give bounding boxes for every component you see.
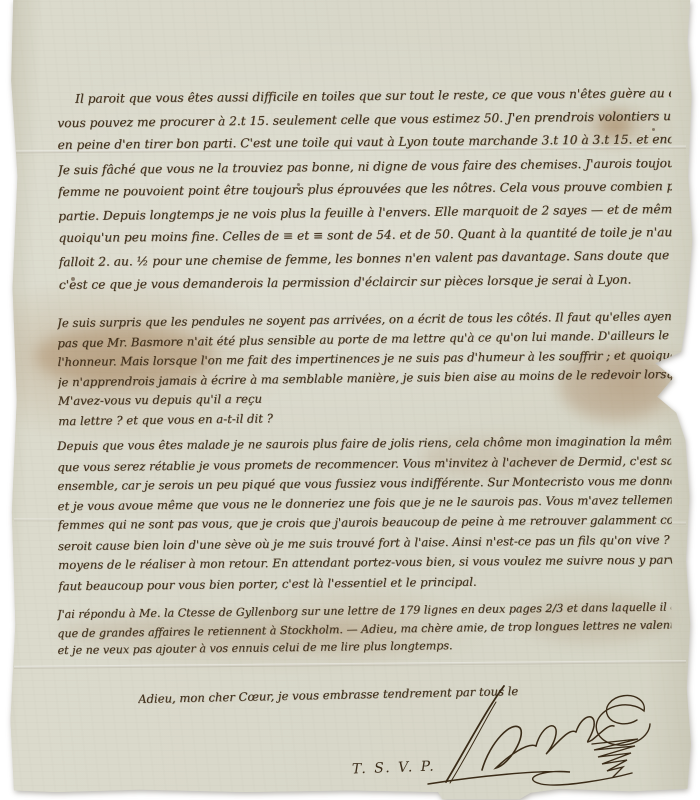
signature-flourish xyxy=(424,682,680,798)
scan-background: Il paroit que vous êtes aussi difficile … xyxy=(0,0,700,800)
fold-crease xyxy=(14,660,686,669)
paragraph-2: Je suis surpris que les pendules ne soye… xyxy=(57,307,672,430)
paragraph-1: Il paroit que vous êtes aussi difficile … xyxy=(57,82,673,297)
postscript-tsvp: T. S. V. P. xyxy=(352,759,436,778)
signature-icon xyxy=(424,682,680,798)
paragraph-4: J'ai répondu à Me. la Ctesse de Gyllenbo… xyxy=(57,598,672,659)
paragraph-3: Depuis que vous êtes malade je ne sauroi… xyxy=(57,432,672,596)
letter-paper-wrapper: Il paroit que vous êtes aussi difficile … xyxy=(0,0,700,800)
letter-paper: Il paroit que vous êtes aussi difficile … xyxy=(0,0,700,800)
